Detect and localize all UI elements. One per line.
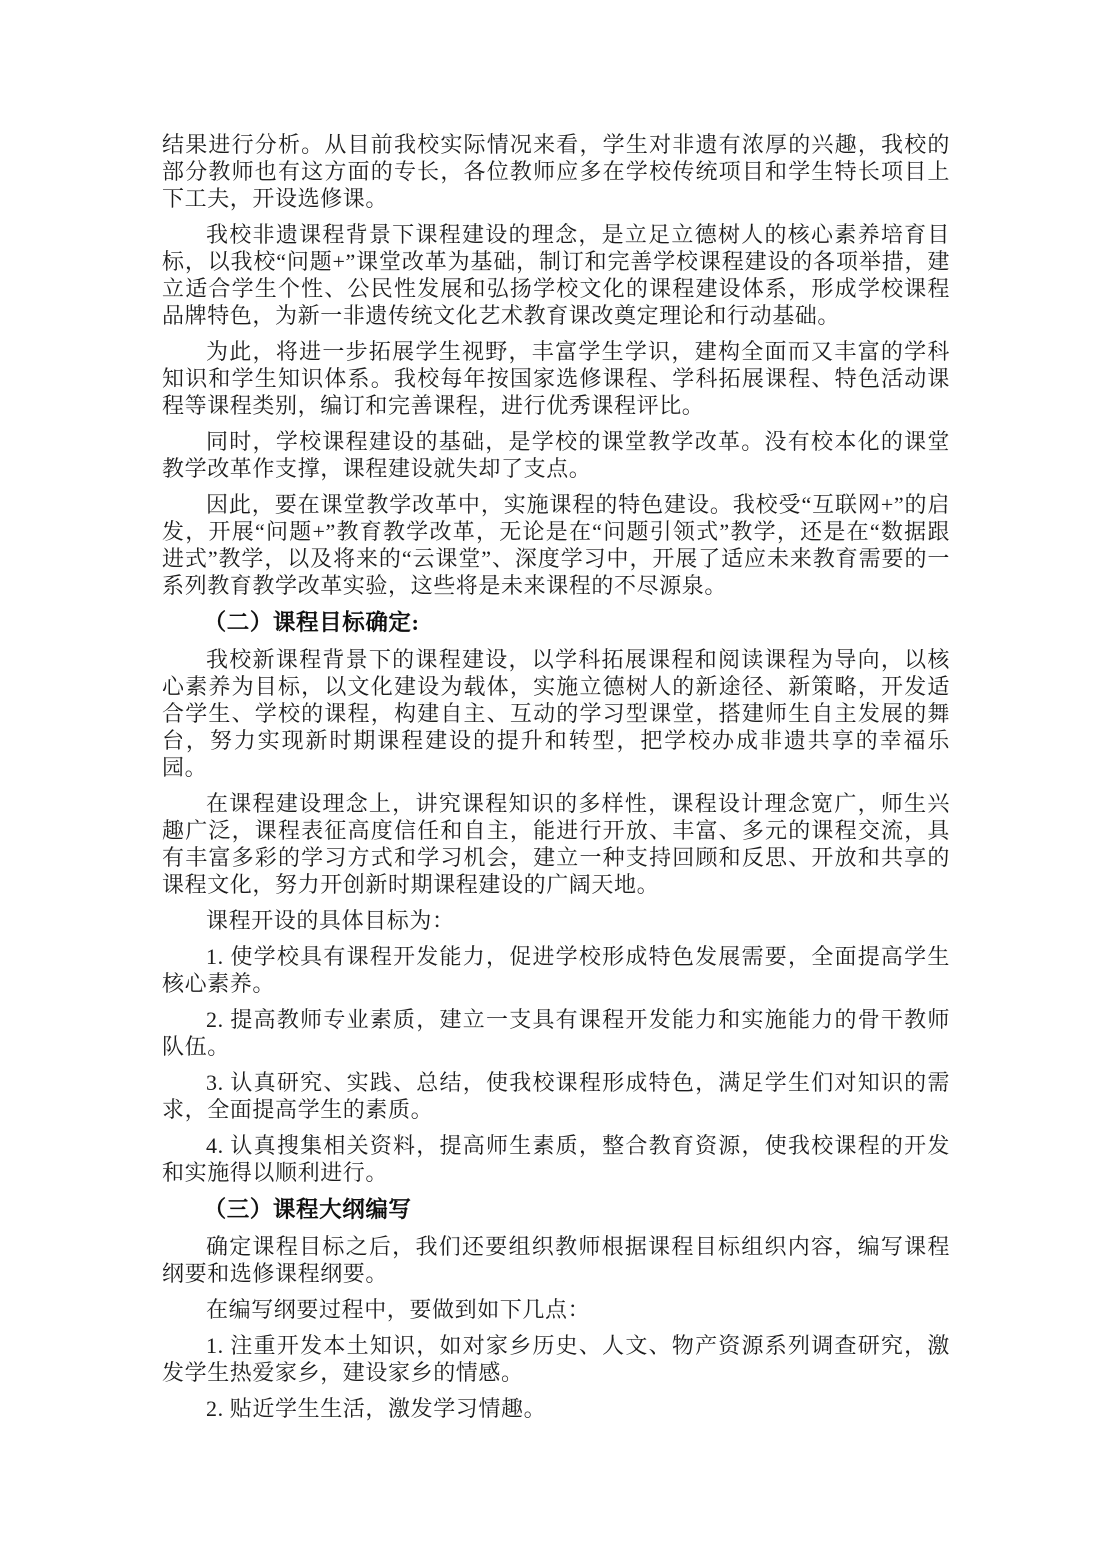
paragraph: 为此，将进一步拓展学生视野，丰富学生学识，建构全面而又丰富的学科知识和学生知识体… — [162, 338, 950, 419]
paragraph: 在编写纲要过程中，要做到如下几点： — [162, 1296, 950, 1323]
paragraph: 3. 认真研究、实践、总结，使我校课程形成特色，满足学生们对知识的需求，全面提高… — [162, 1069, 950, 1123]
paragraph: 课程开设的具体目标为： — [162, 907, 950, 934]
section-heading: （三）课程大纲编写 — [162, 1196, 950, 1224]
paragraph: 同时，学校课程建设的基础，是学校的课堂教学改革。没有校本化的课堂教学改革作支撑，… — [162, 428, 950, 482]
document-page: 结果进行分析。从目前我校实际情况来看，学生对非遗有浓厚的兴趣，我校的部分教师也有… — [0, 0, 1102, 1559]
paragraph: 我校非遗课程背景下课程建设的理念，是立足立德树人的核心素养培育目标，以我校“问题… — [162, 221, 950, 329]
document-content: 结果进行分析。从目前我校实际情况来看，学生对非遗有浓厚的兴趣，我校的部分教师也有… — [162, 131, 950, 1431]
paragraph: 4. 认真搜集相关资料，提高师生素质，整合教育资源，使我校课程的开发和实施得以顺… — [162, 1132, 950, 1186]
paragraph: 2. 贴近学生生活，激发学习情趣。 — [162, 1395, 950, 1422]
paragraph: 我校新课程背景下的课程建设，以学科拓展课程和阅读课程为导向，以核心素养为目标，以… — [162, 646, 950, 781]
paragraph: 1. 注重开发本土知识，如对家乡历史、人文、物产资源系列调查研究，激发学生热爱家… — [162, 1332, 950, 1386]
paragraph: 结果进行分析。从目前我校实际情况来看，学生对非遗有浓厚的兴趣，我校的部分教师也有… — [162, 131, 950, 212]
paragraph: 在课程建设理念上，讲究课程知识的多样性，课程设计理念宽广，师生兴趣广泛，课程表征… — [162, 790, 950, 898]
paragraph: 2. 提高教师专业素质，建立一支具有课程开发能力和实施能力的骨干教师队伍。 — [162, 1006, 950, 1060]
section-heading: （二）课程目标确定: — [162, 609, 950, 637]
paragraph: 因此，要在课堂教学改革中，实施课程的特色建设。我校受“互联网+”的启发，开展“问… — [162, 491, 950, 599]
paragraph: 1. 使学校具有课程开发能力，促进学校形成特色发展需要，全面提高学生核心素养。 — [162, 943, 950, 997]
paragraph: 确定课程目标之后，我们还要组织教师根据课程目标组织内容，编写课程纲要和选修课程纲… — [162, 1233, 950, 1287]
